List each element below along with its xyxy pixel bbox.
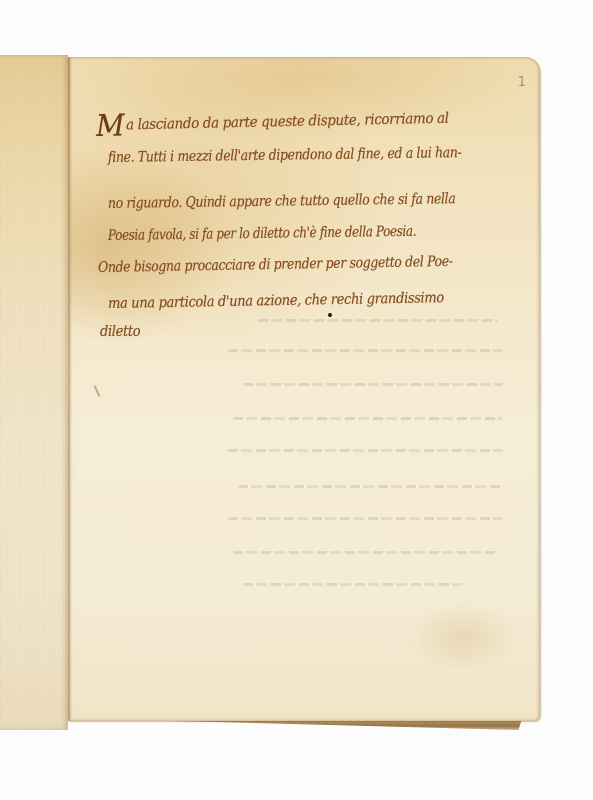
bleed-through-line (228, 517, 503, 520)
book-photo: 1 Ma lasciando da parte queste dispute, … (0, 0, 593, 800)
left-page (0, 55, 68, 730)
bleed-through-line (228, 349, 503, 352)
bleed-through-line (258, 319, 498, 322)
bleed-through-line (243, 583, 463, 586)
manuscript-line-7: diletto (100, 324, 140, 340)
ink-dot (328, 313, 332, 317)
page-number: 1 (518, 75, 526, 90)
line-text: diletto (100, 324, 140, 340)
bleed-through-line (238, 485, 503, 488)
bleed-through-line (233, 417, 503, 420)
initial-letter: M (96, 108, 125, 144)
gutter-crease (68, 57, 70, 721)
bleed-through-line (228, 449, 503, 452)
bleed-through-line (233, 551, 498, 554)
bleed-through-line (243, 383, 503, 386)
line-text: a lasciando da parte queste dispute, ric… (126, 111, 449, 134)
